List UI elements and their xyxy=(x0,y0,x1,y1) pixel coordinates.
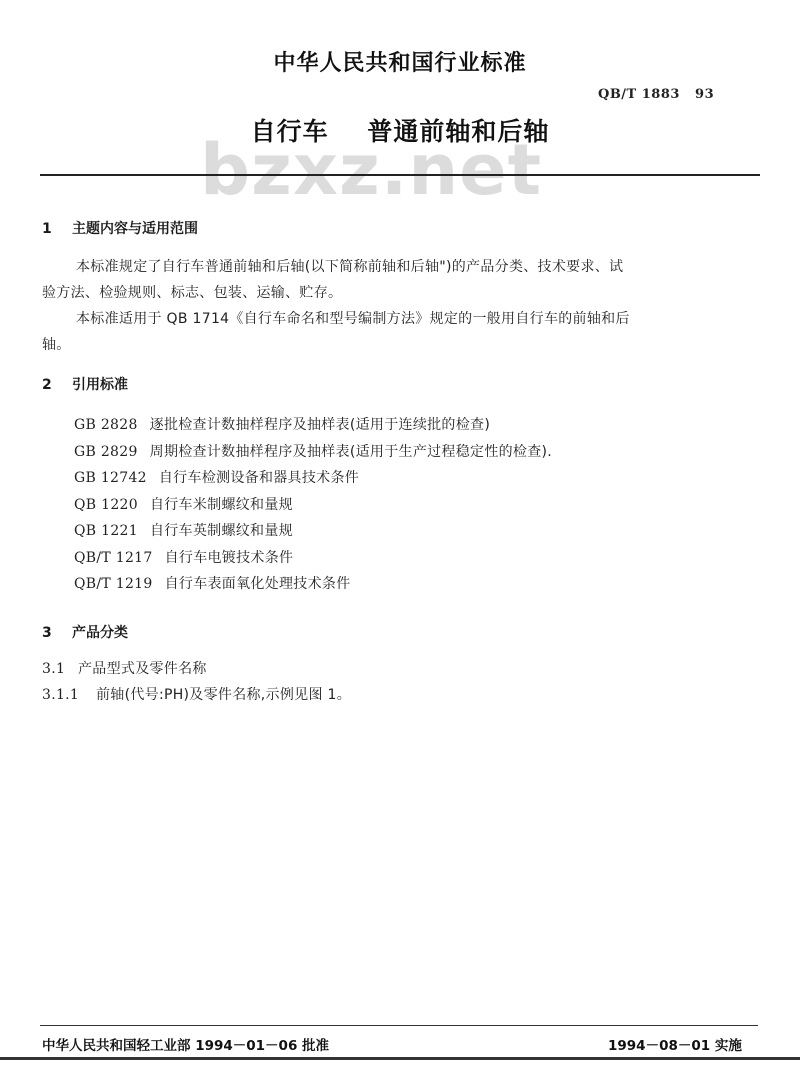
effective-date: 1994－08－01 实施 xyxy=(608,1034,742,1054)
section-title: 产品分类 xyxy=(72,625,128,641)
reference-title: 周期检查计数抽样程序及抽样表(适用于生产过程稳定性的检查). xyxy=(150,444,552,460)
subsection-3-1: 3.1产品型式及零件名称 xyxy=(42,658,207,678)
section-number: 1 xyxy=(42,221,72,237)
subsection-text: 前轴(代号:PH)及零件名称,示例见图 1。 xyxy=(96,687,351,703)
reference-code: QB 1220 xyxy=(74,492,138,519)
standard-number: QB/T 1883 93 xyxy=(598,87,714,102)
reference-code: GB 12742 xyxy=(74,465,147,492)
reference-title: 逐批检查计数抽样程序及抽样表(适用于连续批的检查) xyxy=(150,417,490,433)
reference-item: GB 2828逐批检查计数抽样程序及抽样表(适用于连续批的检查) xyxy=(74,412,552,439)
reference-code: QB 1221 xyxy=(74,518,138,545)
section-title: 引用标准 xyxy=(72,377,128,393)
paragraph-2-line-1: 本标准适用于 QB 1714《自行车命名和型号编制方法》规定的一般用自行车的前轴… xyxy=(76,306,630,332)
reference-item: QB/T 1217自行车电镀技术条件 xyxy=(74,545,552,572)
section-title: 主题内容与适用范围 xyxy=(72,221,198,237)
reference-title: 自行车英制螺纹和量规 xyxy=(150,523,293,539)
reference-item: GB 2829周期检查计数抽样程序及抽样表(适用于生产过程稳定性的检查). xyxy=(74,439,552,466)
paragraph-2-line-2: 轴。 xyxy=(42,332,71,358)
page-bottom-rule xyxy=(0,1057,800,1060)
section-1-heading: 1主题内容与适用范围 xyxy=(42,218,198,238)
reference-code: QB/T 1219 xyxy=(74,571,153,598)
section-2-heading: 2引用标准 xyxy=(42,374,128,394)
reference-item: GB 12742自行车检测设备和器具技术条件 xyxy=(74,465,552,492)
section-number: 3 xyxy=(42,625,72,641)
subsection-number: 3.1 xyxy=(42,661,78,677)
reference-title: 自行车电镀技术条件 xyxy=(165,550,294,566)
paragraph-1-line-1: 本标准规定了自行车普通前轴和后轴(以下简称前轴和后轴")的产品分类、技术要求、试 xyxy=(76,254,623,280)
watermark: bzxz.net xyxy=(200,135,542,205)
reference-item: QB 1221自行车英制螺纹和量规 xyxy=(74,518,552,545)
subsection-number: 3.1.1 xyxy=(42,687,96,703)
subsection-3-1-1: 3.1.1前轴(代号:PH)及零件名称,示例见图 1。 xyxy=(42,684,351,704)
subsection-text: 产品型式及零件名称 xyxy=(78,661,207,677)
approval-line: 中华人民共和国轻工业部 1994－01－06 批准 xyxy=(42,1034,329,1054)
reference-title: 自行车米制螺纹和量规 xyxy=(150,497,293,513)
footer-rule xyxy=(40,1025,758,1026)
reference-list: GB 2828逐批检查计数抽样程序及抽样表(适用于连续批的检查) GB 2829… xyxy=(74,412,552,598)
reference-code: QB/T 1217 xyxy=(74,545,153,572)
reference-item: QB 1220自行车米制螺纹和量规 xyxy=(74,492,552,519)
reference-title: 自行车表面氧化处理技术条件 xyxy=(165,576,351,592)
reference-code: GB 2829 xyxy=(74,439,138,466)
section-3-heading: 3产品分类 xyxy=(42,622,128,642)
reference-code: GB 2828 xyxy=(74,412,138,439)
reference-title: 自行车检测设备和器具技术条件 xyxy=(159,470,359,486)
reference-item: QB/T 1219自行车表面氧化处理技术条件 xyxy=(74,571,552,598)
organization-title: 中华人民共和国行业标准 xyxy=(0,46,800,77)
header-rule xyxy=(40,174,760,176)
section-number: 2 xyxy=(42,377,72,393)
paragraph-1-line-2: 验方法、检验规则、标志、包装、运输、贮存。 xyxy=(42,280,342,306)
